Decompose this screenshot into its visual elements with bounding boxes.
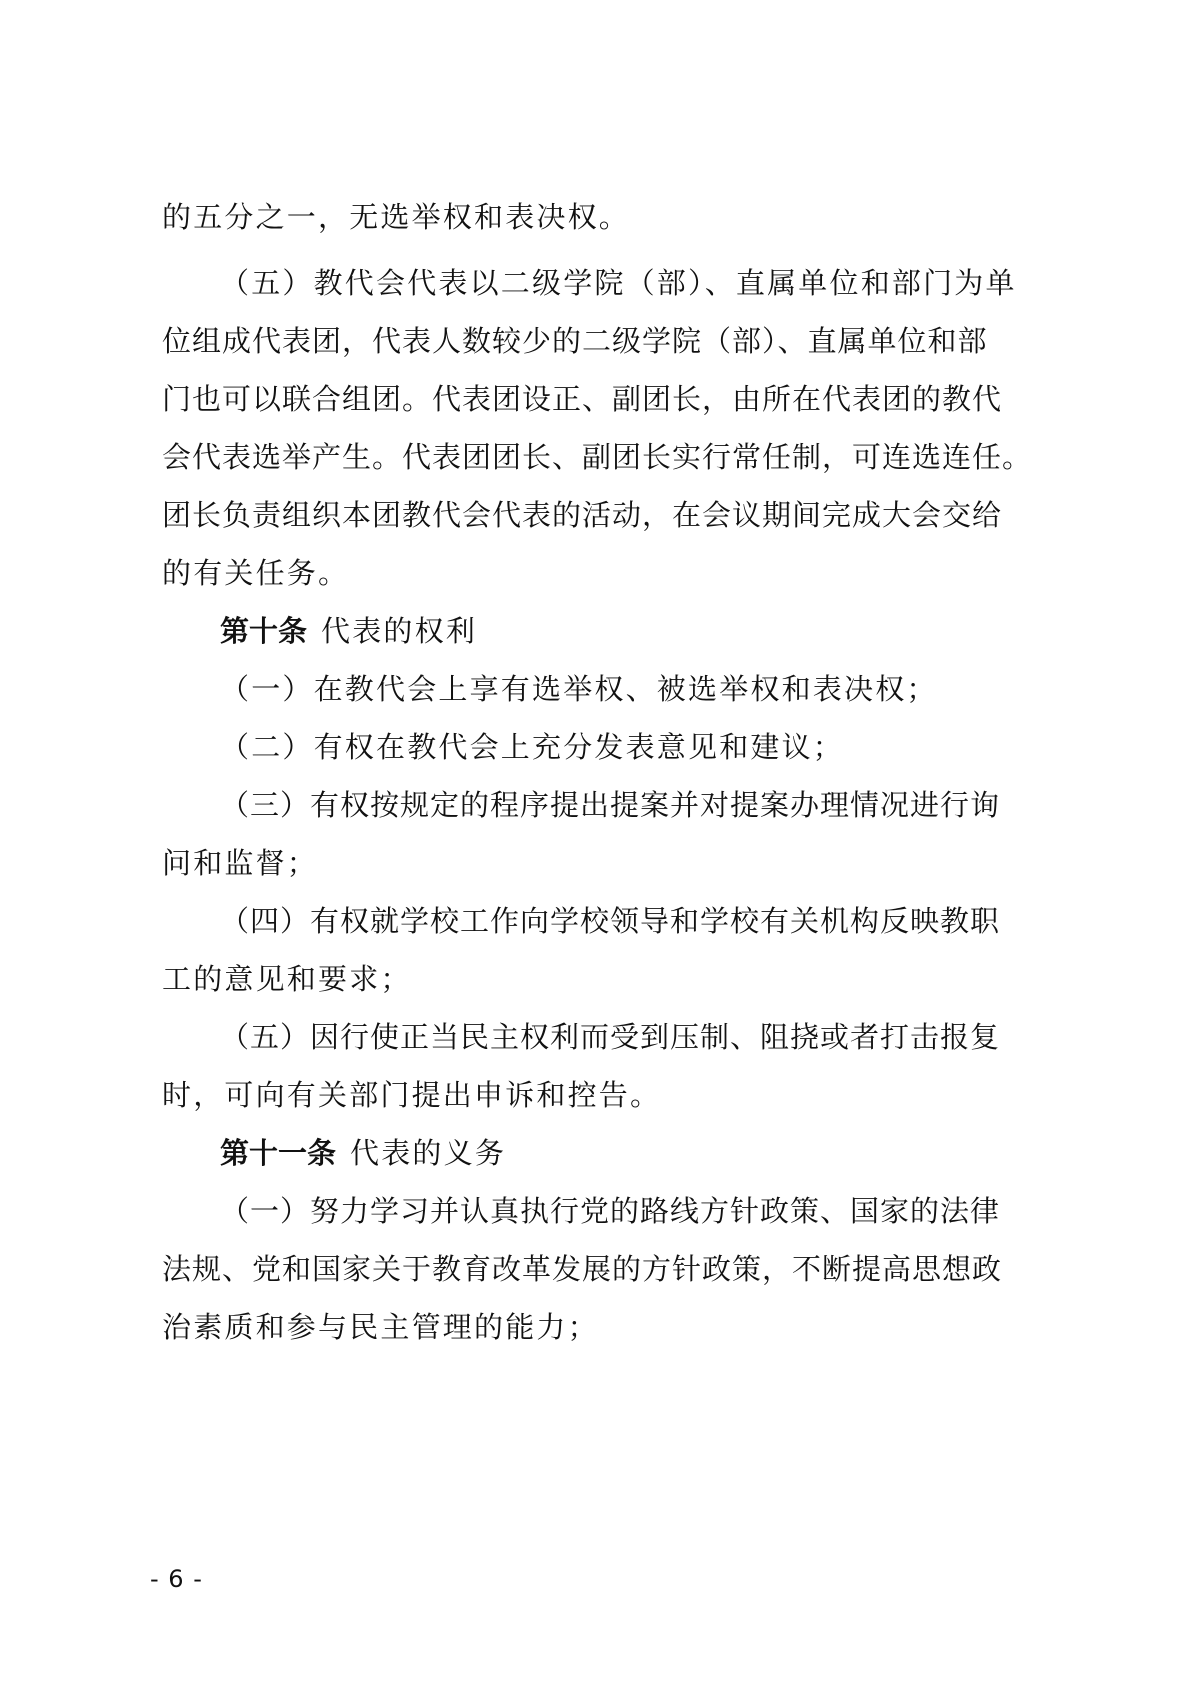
list-item-continuation: 治素质和参与民主管理的能力； [162, 1306, 1036, 1364]
list-item-continuation: 问和监督； [162, 842, 1036, 900]
list-item: （四）有权就学校工作向学校领导和学校有关机构反映教职 [162, 900, 1036, 958]
paragraph-line: 门也可以联合组团。代表团设正、副团长，由所在代表团的教代 [162, 378, 1036, 436]
paragraph-line: 团长负责组织本团教代会代表的活动，在会议期间完成大会交给 [162, 494, 1036, 552]
article-number: 第十条 [220, 614, 307, 648]
list-item: （三）有权按规定的程序提出提案并对提案办理情况进行询 [162, 784, 1036, 842]
paragraph-line: 位组成代表团，代表人数较少的二级学院（部）、直属单位和部 [162, 320, 1036, 378]
list-item: （二）有权在教代会上充分发表意见和建议； [162, 726, 1036, 784]
page-number: - 6 - [150, 1564, 203, 1594]
list-item: （五）因行使正当民主权利而受到压制、阻挠或者打击报复 [162, 1016, 1036, 1074]
document-body: 的五分之一，无选举权和表决权。 （五）教代会代表以二级学院（部）、直属单位和部门… [162, 196, 1036, 1364]
article-heading-text: 代表的义务 [350, 1136, 506, 1170]
article-heading-text: 代表的权利 [321, 614, 477, 648]
paragraph-line: 的五分之一，无选举权和表决权。 [162, 196, 1036, 254]
paragraph-line: 会代表选举产生。代表团团长、副团长实行常任制，可连选连任。 [162, 436, 1036, 494]
article-10-heading: 第十条代表的权利 [162, 610, 1036, 668]
list-item-continuation: 工的意见和要求； [162, 958, 1036, 1016]
article-number: 第十一条 [220, 1136, 336, 1170]
list-item-continuation: 时，可向有关部门提出申诉和控告。 [162, 1074, 1036, 1132]
article-11-heading: 第十一条代表的义务 [162, 1132, 1036, 1190]
list-item: （一）在教代会上享有选举权、被选举权和表决权； [162, 668, 1036, 726]
list-item: （一）努力学习并认真执行党的路线方针政策、国家的法律 [162, 1190, 1036, 1248]
paragraph-line: （五）教代会代表以二级学院（部）、直属单位和部门为单 [162, 262, 1036, 320]
paragraph-line: 的有关任务。 [162, 552, 1036, 610]
list-item-continuation: 法规、党和国家关于教育改革发展的方针政策，不断提高思想政 [162, 1248, 1036, 1306]
